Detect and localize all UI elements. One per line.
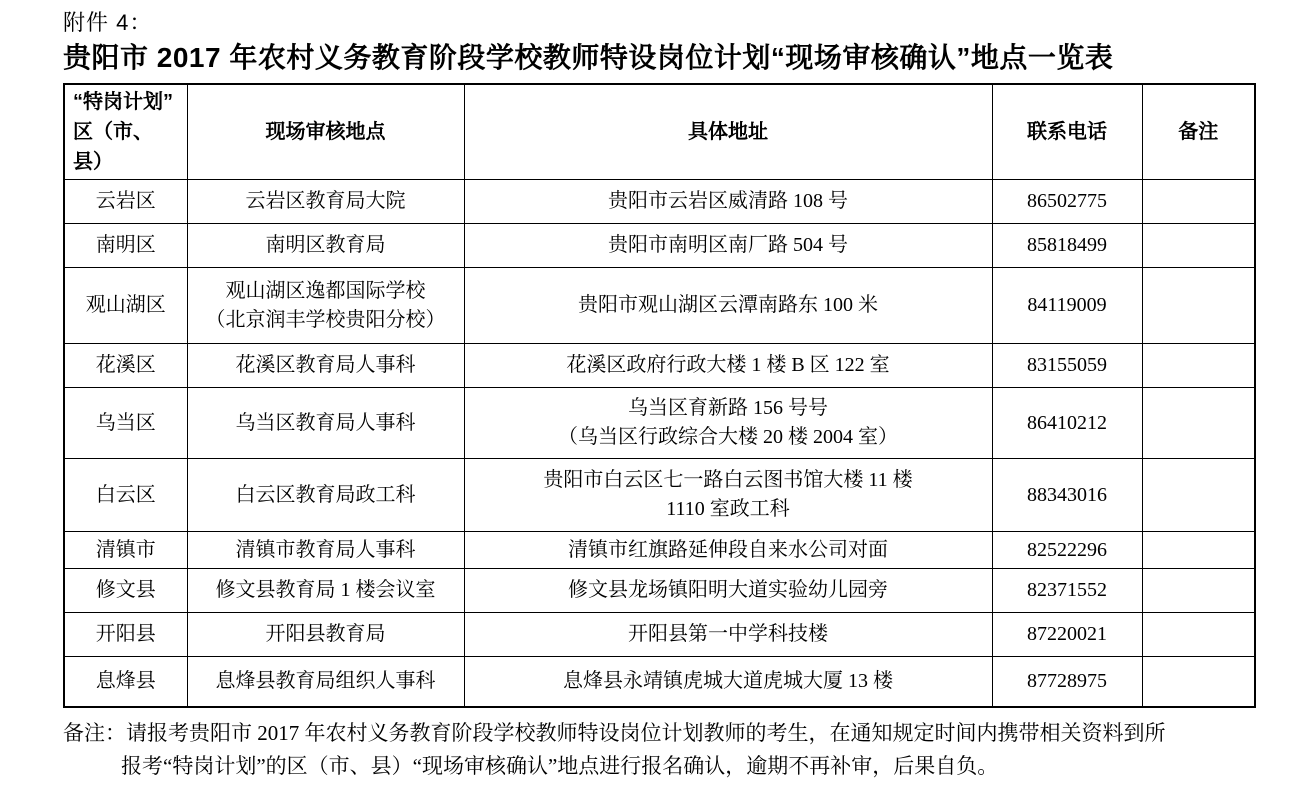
cell-location: 乌当区教育局人事科 (187, 388, 464, 459)
header-row: “特岗计划” 区（市、县） 现场审核地点 具体地址 联系电话 备注 (64, 84, 1255, 180)
cell-location: 观山湖区逸都国际学校 （北京润丰学校贵阳分校） (187, 268, 464, 344)
header-location: 现场审核地点 (187, 84, 464, 180)
header-phone: 联系电话 (992, 84, 1142, 180)
attachment-label: 附件 4： (63, 8, 1255, 38)
table-row: 花溪区 花溪区教育局人事科 花溪区政府行政大楼 1 楼 B 区 122 室 83… (64, 344, 1255, 388)
cell-location: 花溪区教育局人事科 (187, 344, 464, 388)
table-row: 观山湖区 观山湖区逸都国际学校 （北京润丰学校贵阳分校） 贵阳市观山湖区云潭南路… (64, 268, 1255, 344)
table-row: 修文县 修文县教育局 1 楼会议室 修文县龙场镇阳明大道实验幼儿园旁 82371… (64, 569, 1255, 613)
footnote: 备注：请报考贵阳市 2017 年农村义务教育阶段学校教师特设岗位计划教师的考生，… (63, 717, 1255, 783)
cell-remarks (1142, 224, 1255, 268)
cell-phone: 87728975 (992, 657, 1142, 707)
cell-district: 花溪区 (64, 344, 187, 388)
cell-address: 贵阳市观山湖区云潭南路东 100 米 (464, 268, 992, 344)
cell-phone: 88343016 (992, 459, 1142, 532)
cell-location: 云岩区教育局大院 (187, 180, 464, 224)
table-row: 乌当区 乌当区教育局人事科 乌当区育新路 156 号号 （乌当区行政综合大楼 2… (64, 388, 1255, 459)
cell-remarks (1142, 388, 1255, 459)
cell-location: 开阳县教育局 (187, 613, 464, 657)
cell-phone: 84119009 (992, 268, 1142, 344)
header-remarks: 备注 (1142, 84, 1255, 180)
cell-address: 花溪区政府行政大楼 1 楼 B 区 122 室 (464, 344, 992, 388)
cell-district: 观山湖区 (64, 268, 187, 344)
cell-remarks (1142, 268, 1255, 344)
cell-phone: 82522296 (992, 532, 1142, 569)
table-row: 开阳县 开阳县教育局 开阳县第一中学科技楼 87220021 (64, 613, 1255, 657)
cell-remarks (1142, 657, 1255, 707)
cell-location: 南明区教育局 (187, 224, 464, 268)
cell-phone: 82371552 (992, 569, 1142, 613)
table-body: 云岩区 云岩区教育局大院 贵阳市云岩区威清路 108 号 86502775 南明… (64, 180, 1255, 707)
cell-address: 开阳县第一中学科技楼 (464, 613, 992, 657)
cell-address: 贵阳市南明区南厂路 504 号 (464, 224, 992, 268)
header-district: “特岗计划” 区（市、县） (64, 84, 187, 180)
cell-remarks (1142, 569, 1255, 613)
cell-district: 修文县 (64, 569, 187, 613)
cell-address: 贵阳市白云区七一路白云图书馆大楼 11 楼 1110 室政工科 (464, 459, 992, 532)
cell-remarks (1142, 532, 1255, 569)
cell-remarks (1142, 180, 1255, 224)
cell-phone: 86410212 (992, 388, 1142, 459)
cell-remarks (1142, 344, 1255, 388)
table-row: 白云区 白云区教育局政工科 贵阳市白云区七一路白云图书馆大楼 11 楼 1110… (64, 459, 1255, 532)
cell-phone: 83155059 (992, 344, 1142, 388)
cell-address: 息烽县永靖镇虎城大道虎城大厦 13 楼 (464, 657, 992, 707)
header-address: 具体地址 (464, 84, 992, 180)
table-row: 云岩区 云岩区教育局大院 贵阳市云岩区威清路 108 号 86502775 (64, 180, 1255, 224)
footnote-line-1: 备注：请报考贵阳市 2017 年农村义务教育阶段学校教师特设岗位计划教师的考生，… (63, 717, 1255, 750)
cell-district: 开阳县 (64, 613, 187, 657)
table-row: 清镇市 清镇市教育局人事科 清镇市红旗路延伸段自来水公司对面 82522296 (64, 532, 1255, 569)
locations-table: “特岗计划” 区（市、县） 现场审核地点 具体地址 联系电话 备注 云岩区 云岩… (63, 83, 1256, 708)
cell-address: 贵阳市云岩区威清路 108 号 (464, 180, 992, 224)
cell-remarks (1142, 613, 1255, 657)
cell-district: 息烽县 (64, 657, 187, 707)
cell-district: 清镇市 (64, 532, 187, 569)
cell-location: 白云区教育局政工科 (187, 459, 464, 532)
cell-district: 白云区 (64, 459, 187, 532)
cell-location: 清镇市教育局人事科 (187, 532, 464, 569)
cell-phone: 86502775 (992, 180, 1142, 224)
cell-location: 息烽县教育局组织人事科 (187, 657, 464, 707)
cell-district: 乌当区 (64, 388, 187, 459)
table-header: “特岗计划” 区（市、县） 现场审核地点 具体地址 联系电话 备注 (64, 84, 1255, 180)
cell-district: 云岩区 (64, 180, 187, 224)
cell-district: 南明区 (64, 224, 187, 268)
table-row: 息烽县 息烽县教育局组织人事科 息烽县永靖镇虎城大道虎城大厦 13 楼 8772… (64, 657, 1255, 707)
footnote-line-2: 报考“特岗计划”的区（市、县）“现场审核确认”地点进行报名确认，逾期不再补审，后… (121, 750, 1255, 783)
cell-phone: 85818499 (992, 224, 1142, 268)
table-row: 南明区 南明区教育局 贵阳市南明区南厂路 504 号 85818499 (64, 224, 1255, 268)
cell-address: 乌当区育新路 156 号号 （乌当区行政综合大楼 20 楼 2004 室） (464, 388, 992, 459)
cell-remarks (1142, 459, 1255, 532)
document-page: 附件 4： 贵阳市 2017 年农村义务教育阶段学校教师特设岗位计划“现场审核确… (0, 0, 1315, 783)
cell-address: 修文县龙场镇阳明大道实验幼儿园旁 (464, 569, 992, 613)
page-title: 贵阳市 2017 年农村义务教育阶段学校教师特设岗位计划“现场审核确认”地点一览… (63, 38, 1255, 78)
cell-phone: 87220021 (992, 613, 1142, 657)
cell-address: 清镇市红旗路延伸段自来水公司对面 (464, 532, 992, 569)
cell-location: 修文县教育局 1 楼会议室 (187, 569, 464, 613)
